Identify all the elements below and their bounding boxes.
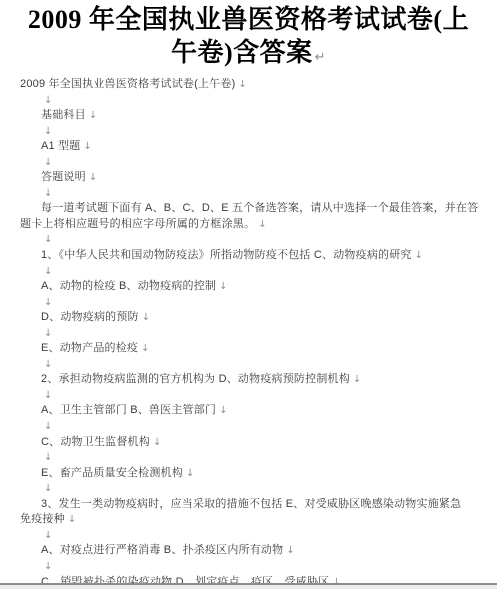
text-line: A、对疫点进行严格消毒 B、扑杀疫区内所有动物↓ [20,543,487,559]
text-line-content: 每一道考试题下面有 A、B、C、D、E 五个备选答案，请从中选择一个最佳答案，并… [41,202,478,214]
text-line: ↓ [20,559,487,575]
text-line-content: 题卡上将相应题号的相应字母所属的方框涂黑。 [20,218,255,230]
line-break-mark: ↓ [89,110,98,121]
text-line: 3、发生一类动物疫病时，应当采取的措施不包括 E、对受威胁区晚感染动物实施紧急 [20,497,487,513]
text-line: ↓ [20,155,487,171]
line-break-mark: ↓ [258,219,267,230]
line-break-mark: ↓ [415,250,424,261]
text-line: C、动物卫生监督机构↓ [20,435,487,451]
line-break-mark: ↓ [44,297,53,308]
text-line-content: D、动物疫病的预防 [41,311,139,323]
line-break-mark: ↓ [44,390,53,401]
text-line: ↓ [20,357,487,373]
text-line-content: 答题说明 [41,171,86,183]
line-break-mark: ↓ [142,312,151,323]
line-break-mark: ↓ [141,343,150,354]
text-line: 答题说明↓ [20,170,487,186]
text-line: ↓ [20,232,487,248]
text-line: E、畜产品质量安全检测机构↓ [20,466,487,482]
text-line-content: 3、发生一类动物疫病时，应当采取的措施不包括 E、对受威胁区晚感染动物实施紧急 [41,498,461,510]
text-line-content: 基础科目 [41,109,86,121]
line-break-mark: ↓ [44,234,53,245]
text-line: 1、《中华人民共和国动物防疫法》所指动物防疫不包括 C、动物疫病的研究↓ [20,248,487,264]
text-line: ↓ [20,124,487,140]
text-line-content: 免疫接种 [20,513,65,525]
text-line: A1 型题↓ [20,139,487,155]
text-line: 题卡上将相应题号的相应字母所属的方框涂黑。↓ [20,217,487,233]
line-break-mark: ↓ [44,188,53,199]
line-break-mark: ↓ [286,545,295,556]
text-line-content: 2009 年全国执业兽医资格考试试卷(上午卷) [20,78,235,90]
text-line: 每一道考试题下面有 A、B、C、D、E 五个备选答案，请从中选择一个最佳答案，并… [20,201,487,217]
text-line: A、卫生主管部门 B、兽医主管部门↓ [20,403,487,419]
text-line-content: 1、《中华人民共和国动物防疫法》所指动物防疫不包括 C、动物疫病的研究 [41,249,412,261]
line-break-mark: ↓ [44,266,53,277]
line-break-mark: ↓ [84,141,93,152]
text-line: ↓ [20,326,487,342]
text-line: ↓ [20,264,487,280]
text-line-content: 2、承担动物疫病监测的官方机构为 D、动物疫病预防控制机构 [41,373,350,385]
page-bottom-edge [0,583,497,589]
text-line: ↓ [20,388,487,404]
line-break-mark: ↓ [68,514,77,525]
line-break-mark: ↓ [44,157,53,168]
text-line-content: A、对疫点进行严格消毒 B、扑杀疫区内所有动物 [41,544,283,556]
line-break-mark: ↓ [44,421,53,432]
document-body: 2009 年全国执业兽医资格考试试卷(上午卷)↓↓基础科目↓↓A1 型题↓↓答题… [0,74,497,589]
text-line-content: C、动物卫生监督机构 [41,436,150,448]
line-break-mark: ↓ [44,126,53,137]
text-line-content: A、卫生主管部门 B、兽医主管部门 [41,404,216,416]
text-line: 免疫接种↓ [20,512,487,528]
line-break-mark: ↓ [353,374,362,385]
text-line-content: A、动物的检疫 B、动物疫病的控制 [41,280,216,292]
document-title-text: 2009 年全国执业兽医资格考试试卷(上午卷)含答案 [28,5,469,67]
line-break-mark: ↓ [44,328,53,339]
line-break-mark: ↓ [219,405,228,416]
text-line: E、动物产品的检疫↓ [20,341,487,357]
text-line-content: A1 型题 [41,140,81,152]
text-line: ↓ [20,295,487,311]
document-title: 2009 年全国执业兽医资格考试试卷(上午卷)含答案↵ [0,0,497,74]
text-line: ↓ [20,186,487,202]
paragraph-mark: ↵ [315,50,326,65]
line-break-mark: ↓ [186,468,195,479]
text-line: 2、承担动物疫病监测的官方机构为 D、动物疫病预防控制机构↓ [20,372,487,388]
line-break-mark: ↓ [219,281,228,292]
line-break-mark: ↓ [44,530,53,541]
text-line: ↓ [20,93,487,109]
text-line: ↓ [20,450,487,466]
line-break-mark: ↓ [44,561,53,572]
text-line: D、动物疫病的预防↓ [20,310,487,326]
text-line: ↓ [20,528,487,544]
line-break-mark: ↓ [44,95,53,106]
text-line: ↓ [20,481,487,497]
line-break-mark: ↓ [89,172,98,183]
text-line: ↓ [20,419,487,435]
text-line-content: E、畜产品质量安全检测机构 [41,467,183,479]
document-page: 2009 年全国执业兽医资格考试试卷(上午卷)含答案↵ 2009 年全国执业兽医… [0,0,497,589]
line-break-mark: ↓ [153,437,162,448]
text-line-content: E、动物产品的检疫 [41,342,138,354]
text-line: 2009 年全国执业兽医资格考试试卷(上午卷)↓ [20,77,487,93]
text-line: A、动物的检疫 B、动物疫病的控制↓ [20,279,487,295]
line-break-mark: ↓ [44,452,53,463]
line-break-mark: ↓ [44,359,53,370]
text-line: 基础科目↓ [20,108,487,124]
line-break-mark: ↓ [44,483,53,494]
line-break-mark: ↓ [238,79,247,90]
